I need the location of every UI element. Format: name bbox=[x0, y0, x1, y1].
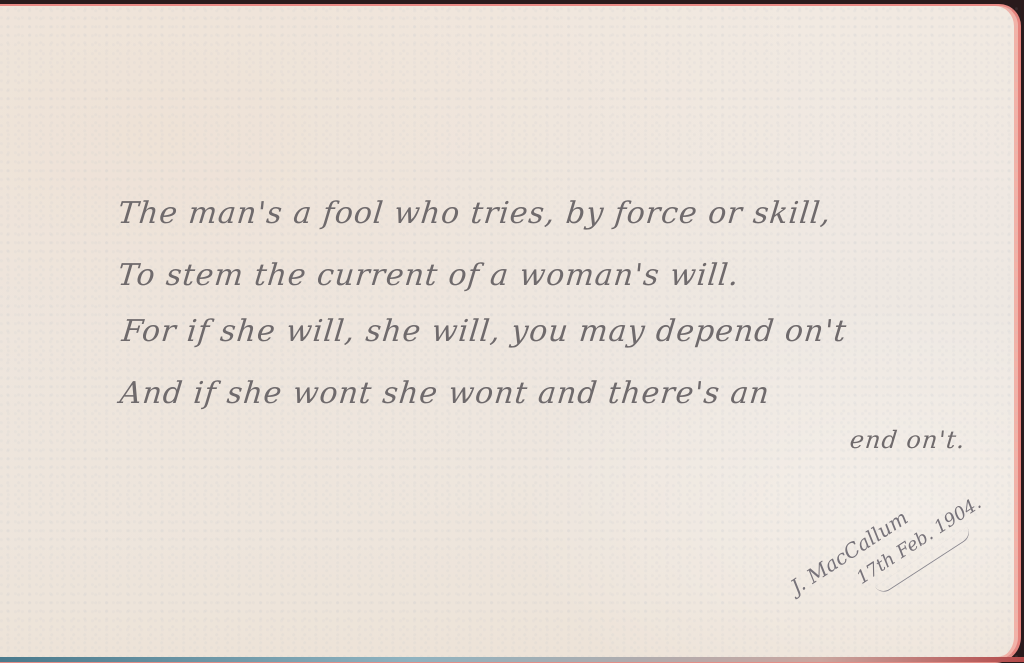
page-bottom-edge bbox=[0, 657, 1024, 662]
album-page: The man's a fool who tries, by force or … bbox=[0, 4, 1021, 662]
poem-line-4: And if she wont she wont and there's an bbox=[118, 376, 772, 411]
poem-line-2: To stem the current of a woman's will. bbox=[116, 258, 741, 293]
poem-line-3: For if she will, she will, you may depen… bbox=[120, 314, 848, 349]
poem-line-1: The man's a fool who tries, by force or … bbox=[116, 196, 833, 231]
